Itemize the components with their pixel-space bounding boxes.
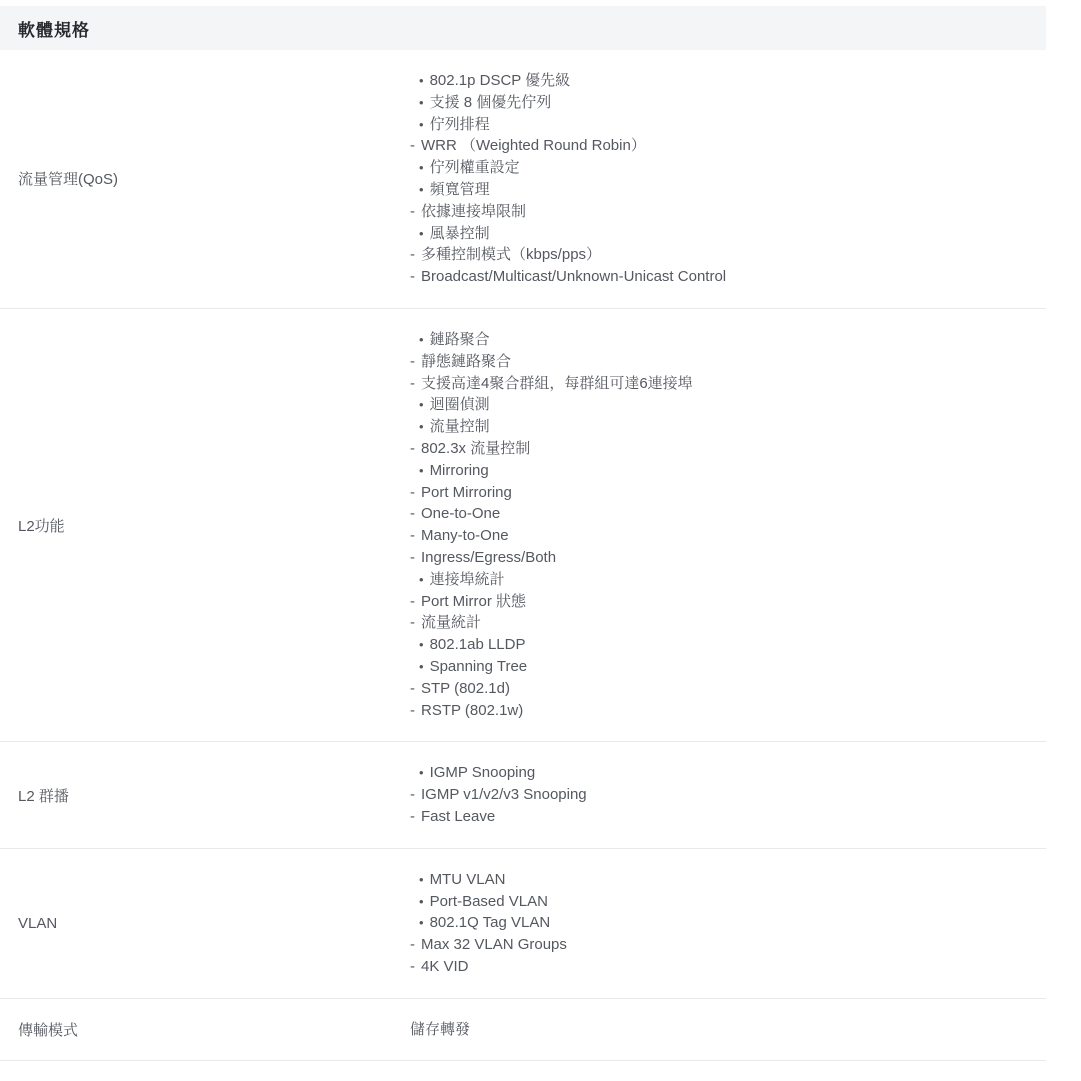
bullet-marker-icon: •	[419, 891, 424, 913]
spec-line-text: 佇列排程	[430, 114, 490, 136]
bullet-marker-icon: •	[419, 656, 424, 678]
spec-line-text: 多種控制模式（kbps/pps）	[421, 244, 601, 266]
spec-row-value: •802.1p DSCP 優先級•支援 8 個優先佇列•佇列排程-WRR （We…	[410, 70, 1046, 288]
spec-line: -WRR （Weighted Round Robin）	[410, 135, 1046, 157]
spec-line-text: 鏈路聚合	[430, 329, 490, 351]
bullet-marker-icon: •	[419, 912, 424, 934]
dash-marker-icon: -	[410, 612, 415, 634]
spec-line-text: 風暴控制	[430, 223, 490, 245]
spec-line-text: Ingress/Egress/Both	[421, 547, 556, 569]
dash-marker-icon: -	[410, 956, 415, 978]
spec-line-text: Many-to-One	[421, 525, 509, 547]
spec-line-text: 流量統計	[421, 612, 481, 634]
spec-line-text: IGMP v1/v2/v3 Snooping	[421, 784, 587, 806]
spec-line: •佇列排程	[410, 114, 1046, 136]
bullet-marker-icon: •	[419, 634, 424, 656]
dash-marker-icon: -	[410, 244, 415, 266]
spec-line-text: Port Mirror 狀態	[421, 591, 526, 613]
spec-line-text: 4K VID	[421, 956, 469, 978]
spec-line-text: 支援 8 個優先佇列	[430, 92, 552, 114]
dash-marker-icon: -	[410, 547, 415, 569]
spec-line: -4K VID	[410, 956, 1046, 978]
section-title: 軟體規格	[18, 16, 90, 41]
bullet-marker-icon: •	[419, 394, 424, 416]
spec-line-text: 802.1p DSCP 優先級	[430, 70, 571, 92]
spec-row: 流量管理(QoS)•802.1p DSCP 優先級•支援 8 個優先佇列•佇列排…	[0, 50, 1046, 309]
spec-line: •IGMP Snooping	[410, 762, 1046, 784]
bullet-marker-icon: •	[419, 869, 424, 891]
spec-line: •鏈路聚合	[410, 329, 1046, 351]
spec-line: •Mirroring	[410, 460, 1046, 482]
spec-rows: 流量管理(QoS)•802.1p DSCP 優先級•支援 8 個優先佇列•佇列排…	[0, 50, 1046, 1061]
spec-line-text: 依據連接埠限制	[421, 201, 526, 223]
dash-marker-icon: -	[410, 784, 415, 806]
spec-line-text: 流量控制	[430, 416, 490, 438]
spec-line: •迴圈偵測	[410, 394, 1046, 416]
dash-marker-icon: -	[410, 700, 415, 722]
bullet-marker-icon: •	[419, 92, 424, 114]
spec-line: -依據連接埠限制	[410, 201, 1046, 223]
spec-line: -多種控制模式（kbps/pps）	[410, 244, 1046, 266]
spec-row-value: 儲存轉發	[410, 1019, 1046, 1041]
spec-line: -Port Mirroring	[410, 482, 1046, 504]
spec-row-label: L2功能	[0, 329, 410, 721]
spec-line: •風暴控制	[410, 223, 1046, 245]
spec-line: •佇列權重設定	[410, 157, 1046, 179]
spec-line-text: 802.1Q Tag VLAN	[430, 912, 551, 934]
spec-row-label: 傳輸模式	[0, 1019, 410, 1041]
spec-line: -Many-to-One	[410, 525, 1046, 547]
section-header: 軟體規格	[0, 6, 1046, 50]
spec-line: •802.1p DSCP 優先級	[410, 70, 1046, 92]
spec-line: -Ingress/Egress/Both	[410, 547, 1046, 569]
spec-line-text: RSTP (802.1w)	[421, 700, 523, 722]
spec-line-text: 佇列權重設定	[430, 157, 520, 179]
bullet-marker-icon: •	[419, 460, 424, 482]
spec-row: 傳輸模式儲存轉發	[0, 999, 1046, 1062]
spec-line: •連接埠統計	[410, 569, 1046, 591]
dash-marker-icon: -	[410, 373, 415, 395]
dash-marker-icon: -	[410, 351, 415, 373]
spec-line: •802.1Q Tag VLAN	[410, 912, 1046, 934]
spec-line-text: 儲存轉發	[410, 1019, 470, 1041]
spec-line-text: Max 32 VLAN Groups	[421, 934, 567, 956]
spec-line: •Port-Based VLAN	[410, 891, 1046, 913]
spec-line: -Max 32 VLAN Groups	[410, 934, 1046, 956]
bullet-marker-icon: •	[419, 416, 424, 438]
spec-line-text: 802.3x 流量控制	[421, 438, 530, 460]
spec-line-text: Fast Leave	[421, 806, 495, 828]
spec-line-text: Spanning Tree	[430, 656, 528, 678]
spec-line-text: 連接埠統計	[430, 569, 505, 591]
spec-line: •Spanning Tree	[410, 656, 1046, 678]
dash-marker-icon: -	[410, 934, 415, 956]
spec-line-text: 迴圈偵測	[430, 394, 490, 416]
bullet-marker-icon: •	[419, 70, 424, 92]
bullet-marker-icon: •	[419, 223, 424, 245]
spec-row-value: •IGMP Snooping-IGMP v1/v2/v3 Snooping-Fa…	[410, 762, 1046, 827]
dash-marker-icon: -	[410, 525, 415, 547]
spec-row-label: VLAN	[0, 869, 410, 978]
spec-row: L2 群播•IGMP Snooping-IGMP v1/v2/v3 Snoopi…	[0, 742, 1046, 848]
spec-line-text: STP (802.1d)	[421, 678, 510, 700]
bullet-marker-icon: •	[419, 762, 424, 784]
dash-marker-icon: -	[410, 201, 415, 223]
spec-line: -STP (802.1d)	[410, 678, 1046, 700]
spec-line: •頻寬管理	[410, 179, 1046, 201]
bullet-marker-icon: •	[419, 157, 424, 179]
spec-line-text: Broadcast/Multicast/Unknown-Unicast Cont…	[421, 266, 726, 288]
dash-marker-icon: -	[410, 438, 415, 460]
software-spec-section: 軟體規格 流量管理(QoS)•802.1p DSCP 優先級•支援 8 個優先佇…	[0, 6, 1046, 1061]
spec-row-value: •鏈路聚合-靜態鏈路聚合-支援高達4聚合群組，每群組可達6連接埠•迴圈偵測•流量…	[410, 329, 1046, 721]
spec-row-label: L2 群播	[0, 762, 410, 827]
spec-line-text: 頻寬管理	[430, 179, 490, 201]
spec-line: •MTU VLAN	[410, 869, 1046, 891]
dash-marker-icon: -	[410, 482, 415, 504]
spec-line-text: Port Mirroring	[421, 482, 512, 504]
spec-line: -Fast Leave	[410, 806, 1046, 828]
dash-marker-icon: -	[410, 266, 415, 288]
dash-marker-icon: -	[410, 503, 415, 525]
spec-line: -Port Mirror 狀態	[410, 591, 1046, 613]
dash-marker-icon: -	[410, 591, 415, 613]
spec-line: -One-to-One	[410, 503, 1046, 525]
spec-line-text: One-to-One	[421, 503, 500, 525]
spec-line: -支援高達4聚合群組，每群組可達6連接埠	[410, 373, 1046, 395]
spec-row-label: 流量管理(QoS)	[0, 70, 410, 288]
spec-row: VLAN•MTU VLAN•Port-Based VLAN•802.1Q Tag…	[0, 849, 1046, 999]
spec-line: 儲存轉發	[410, 1019, 1046, 1041]
spec-line-text: 支援高達4聚合群組，每群組可達6連接埠	[421, 373, 693, 395]
spec-line: •802.1ab LLDP	[410, 634, 1046, 656]
spec-line: -RSTP (802.1w)	[410, 700, 1046, 722]
spec-row: L2功能•鏈路聚合-靜態鏈路聚合-支援高達4聚合群組，每群組可達6連接埠•迴圈偵…	[0, 309, 1046, 742]
dash-marker-icon: -	[410, 135, 415, 157]
bullet-marker-icon: •	[419, 179, 424, 201]
spec-line-text: 靜態鏈路聚合	[421, 351, 511, 373]
dash-marker-icon: -	[410, 806, 415, 828]
spec-row-value: •MTU VLAN•Port-Based VLAN•802.1Q Tag VLA…	[410, 869, 1046, 978]
spec-line-text: WRR （Weighted Round Robin）	[421, 135, 646, 157]
spec-line: -802.3x 流量控制	[410, 438, 1046, 460]
bullet-marker-icon: •	[419, 569, 424, 591]
bullet-marker-icon: •	[419, 329, 424, 351]
spec-line-text: 802.1ab LLDP	[430, 634, 526, 656]
spec-line-text: Port-Based VLAN	[430, 891, 548, 913]
spec-line: •流量控制	[410, 416, 1046, 438]
spec-line-text: IGMP Snooping	[430, 762, 536, 784]
spec-line: -Broadcast/Multicast/Unknown-Unicast Con…	[410, 266, 1046, 288]
dash-marker-icon: -	[410, 678, 415, 700]
spec-line: -IGMP v1/v2/v3 Snooping	[410, 784, 1046, 806]
bullet-marker-icon: •	[419, 114, 424, 136]
spec-line: -流量統計	[410, 612, 1046, 634]
spec-line-text: Mirroring	[430, 460, 489, 482]
spec-page: 軟體規格 流量管理(QoS)•802.1p DSCP 優先級•支援 8 個優先佇…	[0, 6, 1081, 1081]
spec-line: •支援 8 個優先佇列	[410, 92, 1046, 114]
spec-line: -靜態鏈路聚合	[410, 351, 1046, 373]
spec-line-text: MTU VLAN	[430, 869, 506, 891]
